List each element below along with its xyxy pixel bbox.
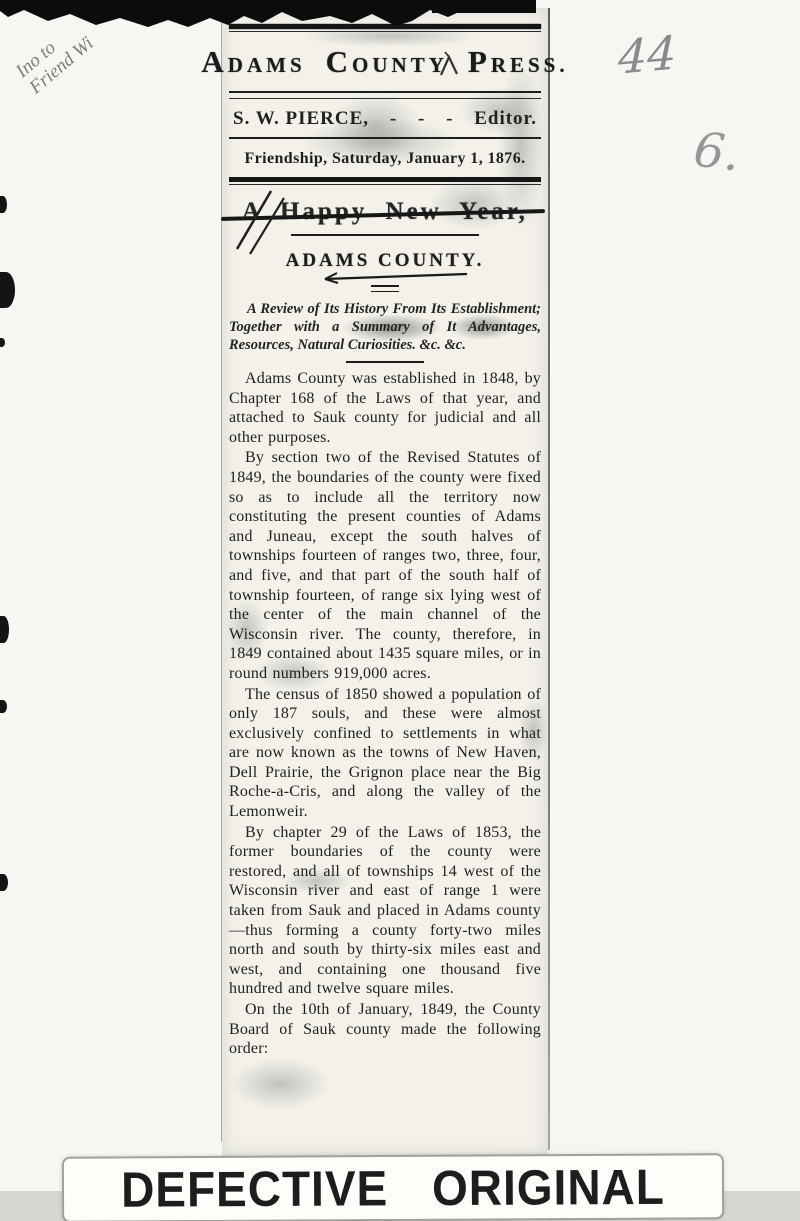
rule — [229, 91, 541, 99]
clipping-content: ADAMS COUNTY PRESS. S. W. PIERCE, - - - … — [222, 24, 548, 1059]
masthead-title: ADAMS COUNTY PRESS. — [229, 43, 541, 82]
rule — [229, 177, 541, 182]
article-paragraph: Adams County was established in 1848, by… — [229, 369, 541, 447]
rule — [371, 285, 399, 292]
rule — [229, 184, 541, 185]
handwritten-number: 6. — [691, 121, 743, 182]
editor-role: Editor. — [474, 108, 537, 130]
handwritten-page-number: 44 — [618, 25, 677, 84]
editor-line: S. W. PIERCE, - - - Editor. — [229, 108, 541, 130]
masthead-word: ADAMS — [201, 43, 305, 82]
rule — [346, 361, 424, 363]
rule — [291, 234, 478, 236]
struck-headline: A Happy New Year, — [229, 198, 541, 226]
editor-name: S. W. PIERCE, — [233, 108, 369, 130]
ink-blot — [0, 616, 9, 643]
scanned-newspaper-page: Ino to Friend Wi 44 6. ADAMS COUNTY — [0, 0, 800, 1221]
article-paragraph: By chapter 29 of the Laws of 1853, the f… — [229, 823, 541, 999]
defective-original-stamp: DEFECTIVE ORIGINAL — [62, 1153, 724, 1221]
clipping-right-edge — [548, 8, 550, 1150]
ink-blot — [0, 874, 8, 891]
article-paragraph: The census of 1850 showed a population o… — [229, 685, 541, 822]
handwritten-corner-note: Ino to Friend Wi — [12, 17, 98, 98]
masthead-word: PRESS. — [468, 43, 569, 82]
masthead-top-rule — [229, 24, 541, 29]
corner-note-line: Friend Wi — [25, 33, 97, 98]
article-paragraph: By section two of the Revised Statutes o… — [229, 448, 541, 683]
masthead-word: COUNTY — [326, 43, 448, 82]
smudge — [230, 1058, 330, 1110]
dateline: Friendship, Saturday, January 1, 1876. — [229, 150, 541, 168]
newspaper-clipping: ADAMS COUNTY PRESS. S. W. PIERCE, - - - … — [222, 8, 548, 1156]
ink-blot — [0, 700, 7, 713]
section-title: ADAMS COUNTY. — [286, 250, 485, 272]
section-title-block: ADAMS COUNTY. — [229, 250, 541, 292]
dash: - — [446, 108, 453, 130]
dash: - — [418, 108, 425, 130]
corner-note-line: Ino to — [12, 17, 84, 82]
dash: - — [390, 108, 397, 130]
article-paragraph: On the 10th of January, 1849, the County… — [229, 1000, 541, 1059]
rule — [229, 137, 541, 139]
stamp-label: DEFECTIVE ORIGINAL — [121, 1157, 665, 1218]
pen-underline-arrow — [229, 270, 541, 284]
masthead-top-rule-thin — [229, 31, 541, 32]
ink-blot — [0, 272, 15, 308]
article-subtitle: A Review of Its History From Its Establi… — [229, 300, 541, 354]
ink-blot — [0, 338, 5, 347]
ink-blot — [0, 196, 7, 213]
